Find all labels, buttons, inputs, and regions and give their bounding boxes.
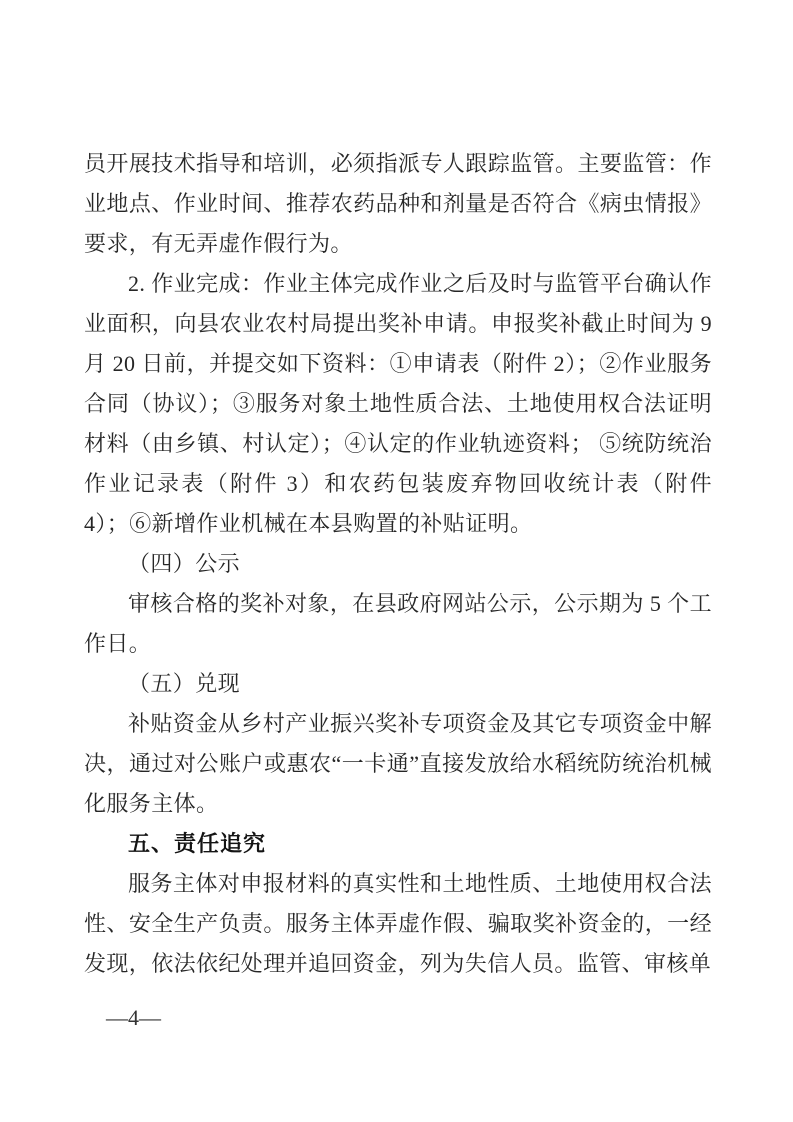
page-number: —4— (106, 1003, 161, 1033)
paragraph-responsibility: 服务主体对申报材料的真实性和土地性质、土地使用权合法性、安全生产负责。服务主体弄… (84, 864, 712, 984)
paragraph-work-completion: 2. 作业完成：作业主体完成作业之后及时与监管平台确认作业面积，向县农业农村局提… (84, 264, 712, 544)
paragraph-publicity-period: 审核合格的奖补对象，在县政府网站公示，公示期为 5 个工作日。 (84, 584, 712, 664)
section-heading-responsibility: 五、责任追究 (84, 824, 712, 864)
document-body: 员开展技术指导和培训，必须指派专人跟踪监管。主要监管：作业地点、作业时间、推荐农… (84, 144, 712, 984)
subsection-heading-payment: （五）兑现 (84, 664, 712, 704)
subsection-heading-publicity: （四）公示 (84, 544, 712, 584)
paragraph-subsidy-funds: 补贴资金从乡村产业振兴奖补专项资金及其它专项资金中解决，通过对公账户或惠农“一卡… (84, 704, 712, 824)
document-page: 员开展技术指导和培训，必须指派专人跟踪监管。主要监管：作业地点、作业时间、推荐农… (0, 0, 793, 1122)
paragraph-supervision-continuation: 员开展技术指导和培训，必须指派专人跟踪监管。主要监管：作业地点、作业时间、推荐农… (84, 144, 712, 264)
